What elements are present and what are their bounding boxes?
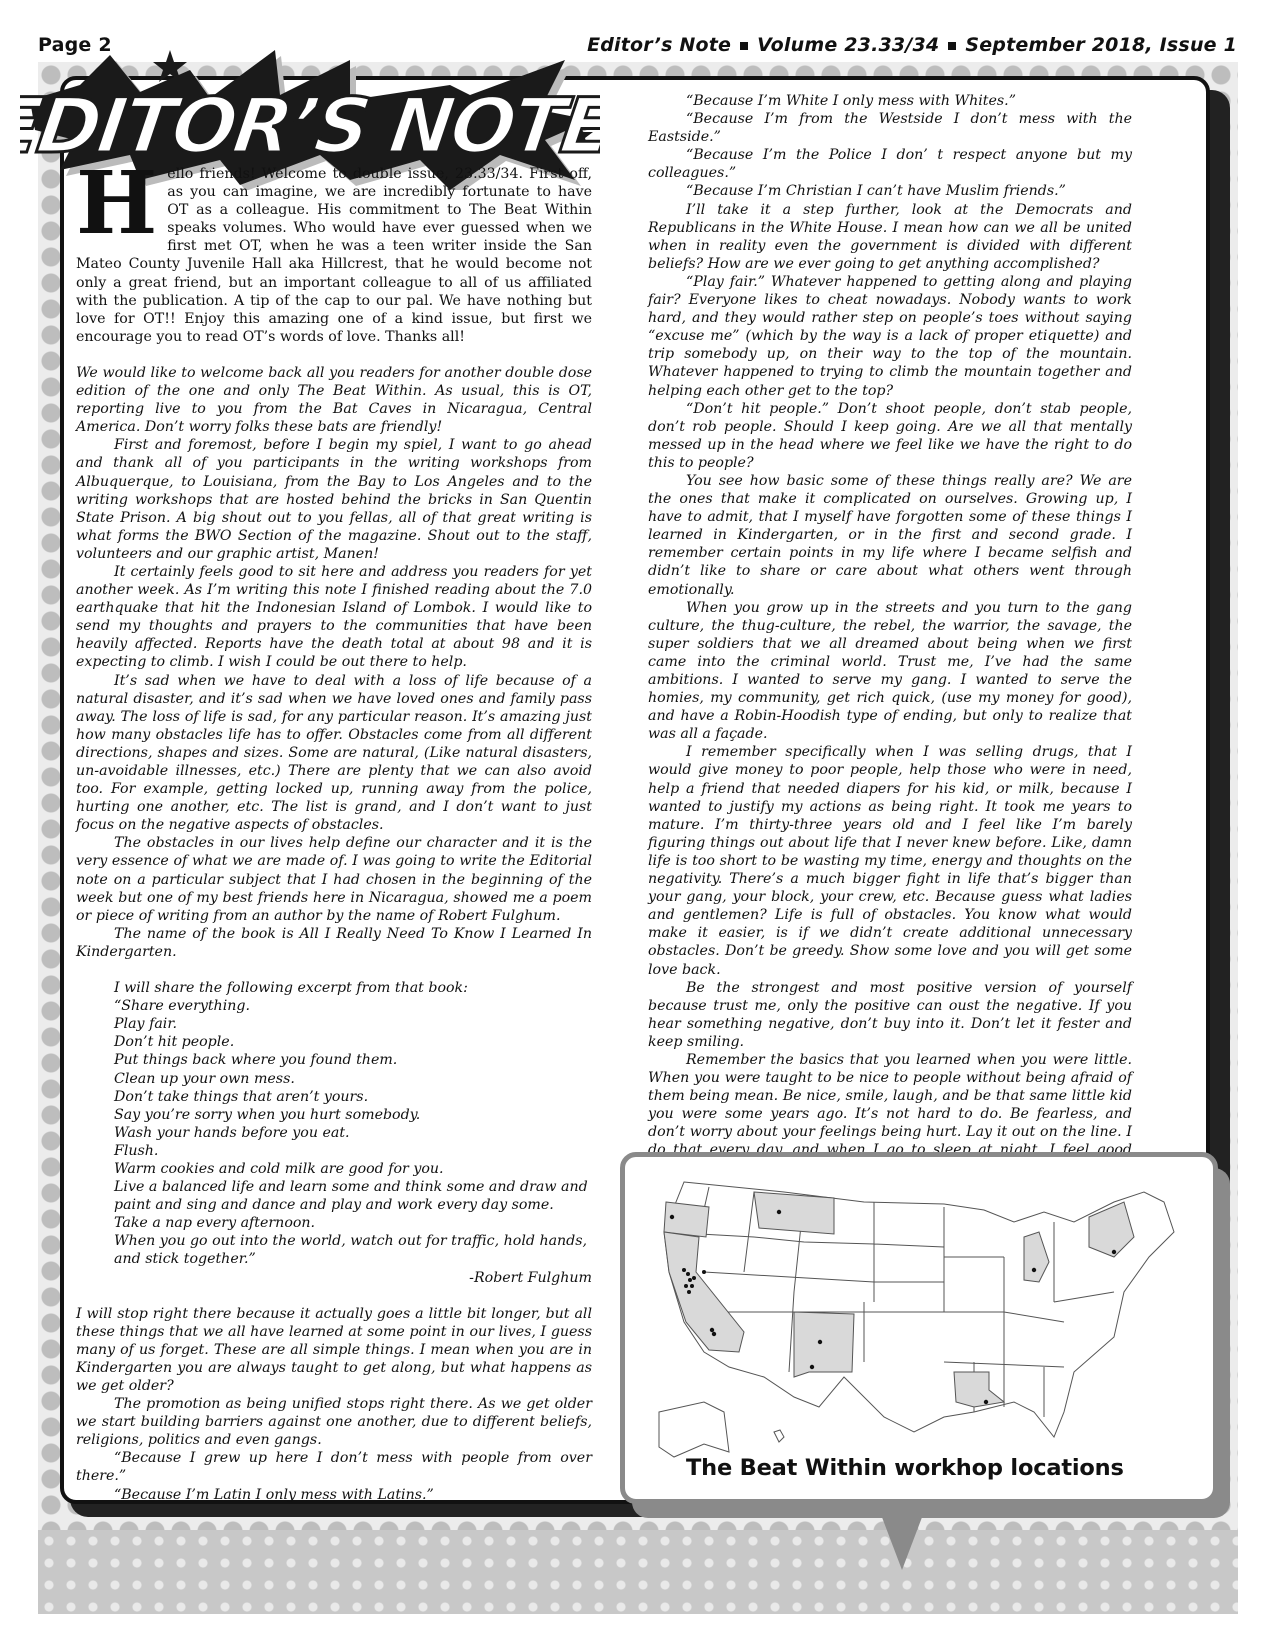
bullet-icon	[740, 42, 748, 50]
quote-line: “Because I’m from the Westside I don’t m…	[648, 110, 1132, 146]
paragraph: You see how basic some of these things r…	[648, 472, 1132, 599]
fulghum-excerpt: I will share the following excerpt from …	[114, 979, 592, 1269]
paragraph: When you grow up in the streets and you …	[648, 599, 1132, 744]
excerpt-line: “Share everything.	[114, 997, 592, 1015]
header-issue: September 2018, Issue 1	[965, 34, 1237, 56]
bullet-icon	[948, 42, 956, 50]
drop-cap: H	[76, 169, 157, 239]
excerpt-line: Live a balanced life and learn some and …	[114, 1178, 592, 1214]
running-header: Editor’s NoteVolume 23.33/34September 20…	[587, 34, 1237, 56]
paragraph: The name of the book is All I Really Nee…	[76, 925, 592, 961]
quote-line: “Because I’m Latin I only mess with Lati…	[76, 1486, 592, 1504]
speech-bubble-tail	[880, 1512, 924, 1570]
header-section: Editor’s Note	[587, 34, 731, 56]
paragraph: I will stop right there because it actua…	[76, 1305, 592, 1395]
excerpt-line: Clean up your own mess.	[114, 1070, 592, 1088]
excerpt-line: Play fair.	[114, 1015, 592, 1033]
quote-line: “Because I’m the Police I don’ t respect…	[648, 146, 1132, 182]
paragraph: The obstacles in our lives help define o…	[76, 834, 592, 924]
paragraph: The promotion as being unified stops rig…	[76, 1395, 592, 1449]
paragraph: First and foremost, before I begin my sp…	[76, 436, 592, 563]
excerpt-line: Flush.	[114, 1142, 592, 1160]
bottom-pattern-band	[38, 1530, 1238, 1614]
article-left-column: Hello friends! Welcome to double issue, …	[76, 165, 592, 1504]
paragraph: Be the strongest and most positive versi…	[648, 979, 1132, 1051]
paragraph: It’s sad when we have to deal with a los…	[76, 672, 592, 835]
map-caption: The Beat Within workhop locations	[686, 1455, 1124, 1481]
article-right-column: “Because I’m White I only mess with Whit…	[648, 92, 1132, 1322]
alaska	[659, 1402, 729, 1457]
excerpt-line: When you go out into the world, watch ou…	[114, 1232, 592, 1268]
paragraph: “Play fair.” Whatever happened to gettin…	[648, 273, 1132, 400]
quote-line: “Because I grew up here I don’t mess wit…	[76, 1449, 592, 1485]
intro-paragraph: Hello friends! Welcome to double issue, …	[76, 165, 592, 346]
excerpt-line: Wash your hands before you eat.	[114, 1124, 592, 1142]
paragraph: I remember specifically when I was selli…	[648, 743, 1132, 978]
us-map-icon	[644, 1162, 1204, 1462]
quote-line: “Because I’m Christian I can’t have Musl…	[648, 182, 1132, 200]
hawaii	[774, 1430, 784, 1442]
quote-line: “Because I’m White I only mess with Whit…	[648, 92, 1132, 110]
header-volume: Volume 23.33/34	[757, 34, 939, 56]
oregon-state	[664, 1202, 709, 1237]
excerpt-line: Don’t hit people.	[114, 1033, 592, 1051]
excerpt-line: Say you’re sorry when you hurt somebody.	[114, 1106, 592, 1124]
excerpt-line: I will share the following excerpt from …	[114, 979, 592, 997]
excerpt-line: Put things back where you found them.	[114, 1051, 592, 1069]
excerpt-line: Take a nap every afternoon.	[114, 1214, 592, 1232]
montana-state	[754, 1192, 834, 1234]
excerpt-attribution: -Robert Fulghum	[76, 1269, 592, 1287]
excerpt-line: Don’t take things that aren’t yours.	[114, 1088, 592, 1106]
paragraph: We would like to welcome back all you re…	[76, 364, 592, 436]
paragraph: I’ll take it a step further, look at the…	[648, 201, 1132, 273]
paragraph: “Don’t hit people.” Don’t shoot people, …	[648, 400, 1132, 472]
excerpt-line: Warm cookies and cold milk are good for …	[114, 1160, 592, 1178]
new-mexico-state	[794, 1312, 854, 1377]
paragraph: It certainly feels good to sit here and …	[76, 563, 592, 672]
